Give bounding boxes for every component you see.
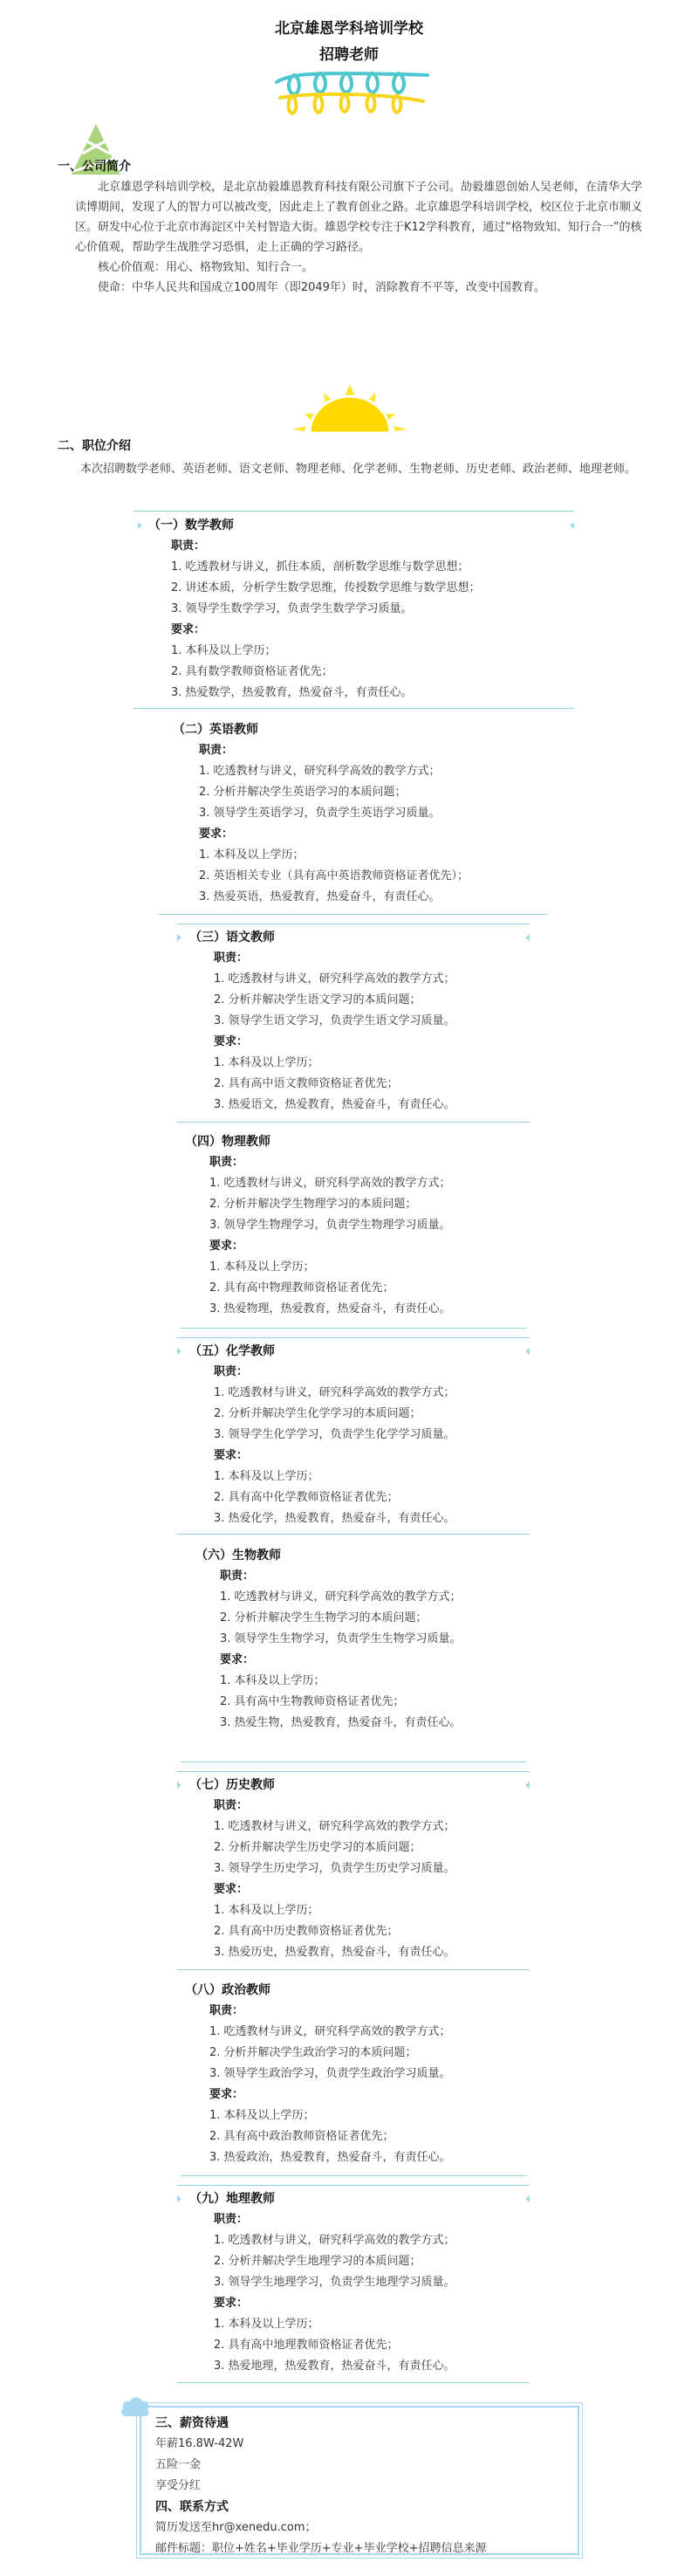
company-intro-paragraph: 北京雄恩学科培训学校，是北京劼毅雄恩教育科技有限公司旗下子公司。劼毅雄恩创始人吴… (75, 177, 649, 258)
duty-item: 2. 讲述本质，分析学生数学思维，传授数学思维与数学思想； (171, 578, 574, 599)
duty-item: 2. 分析并解决学生语文学习的本质问题； (214, 990, 530, 1011)
position-title: （一）数学教师 (138, 519, 234, 532)
position-title: （九）地理教师 (177, 2192, 275, 2206)
duties-label: 职责： (220, 1566, 536, 1587)
requirement-item: 3. 热爱政治，热爱教育，热爱奋斗，有责任心。 (209, 2147, 534, 2168)
positions-heading: 二、职位介绍 (58, 436, 131, 454)
right-marker-icon (525, 934, 530, 941)
position-title-row: （三）语文教师 (177, 927, 530, 948)
position-title: （六）生物教师 (195, 1545, 536, 1566)
position-title: （七）历史教师 (177, 1778, 275, 1792)
requirement-item: 3. 热爱生物，热爱教育，热爱奋斗，有责任心。 (220, 1713, 536, 1734)
section-divider (159, 914, 548, 915)
duties-label: 职责： (171, 536, 574, 557)
requirement-item: 1. 本科及以上学历； (214, 1467, 530, 1487)
duty-item: 1. 吃透教材与讲义，研究科学高效的教学方式； (214, 1817, 530, 1838)
duties-label: 职责： (199, 740, 557, 761)
section-divider (133, 511, 574, 512)
position-title: （八）政治教师 (185, 1980, 534, 2001)
requirement-item: 3. 热爱英语，热爱教育，热爱奋斗，有责任心。 (199, 887, 557, 908)
requirement-item: 3. 热爱历史，热爱教育，热爱奋斗，有责任心。 (214, 1942, 530, 1963)
left-marker-icon (177, 934, 181, 941)
requirement-item: 1. 本科及以上学历； (220, 1671, 536, 1692)
position-title: （二）英语教师 (173, 719, 557, 740)
contact-email-line[interactable]: 简历发送至hr@xenedu.com； (155, 2518, 578, 2538)
school-name-title: 北京雄恩学科培训学校 (0, 16, 698, 38)
section-divider (133, 708, 574, 709)
section-divider (177, 1122, 530, 1123)
position-title-row: （五）化学教师 (177, 1341, 530, 1362)
right-marker-icon (570, 522, 574, 529)
requirement-item: 2. 具有高中生物教师资格证者优先； (220, 1692, 536, 1713)
salary-item: 年薪16.8W-42W (155, 2434, 578, 2455)
positions-intro-text: 本次招聘数学老师、英语老师、语文老师、物理老师、化学老师、生物老师、历史老师、政… (58, 459, 651, 479)
requirements-label: 要求： (214, 1032, 530, 1053)
salary-contact-box: 三、薪资待遇 年薪16.8W-42W 五险一金 享受分红 四、联系方式 简历发送… (140, 2406, 579, 2555)
duty-item: 3. 领导学生化学学习，负责学生化学学习质量。 (214, 1425, 530, 1446)
duty-item: 1. 吃透教材与讲义，研究科学高效的教学方式； (209, 2022, 534, 2043)
requirements-label: 要求： (209, 2085, 534, 2105)
left-marker-icon (177, 1348, 181, 1355)
duty-item: 1. 吃透教材与讲义，研究科学高效的教学方式； (220, 1587, 536, 1608)
position-english: （二）英语教师 职责： 1. 吃透教材与讲义，研究科学高效的教学方式； 2. 分… (173, 719, 557, 908)
duty-item: 1. 吃透教材与讲义，研究科学高效的教学方式； (209, 1173, 534, 1194)
requirement-item: 1. 本科及以上学历； (209, 1257, 534, 1278)
duties-label: 职责： (214, 2209, 530, 2230)
section-divider (177, 924, 530, 924)
position-physics: （四）物理教师 职责： 1. 吃透教材与讲义，研究科学高效的教学方式； 2. 分… (185, 1131, 534, 1320)
requirement-item: 2. 具有高中物理教师资格证者优先； (209, 1278, 534, 1299)
requirement-item: 2. 具有高中政治教师资格证者优先； (209, 2126, 534, 2147)
duty-item: 2. 分析并解决学生政治学习的本质问题； (209, 2043, 534, 2064)
positions-intro: 本次招聘数学老师、英语老师、语文老师、物理老师、化学老师、生物老师、历史老师、政… (58, 459, 651, 479)
section-divider (181, 2175, 526, 2176)
requirement-item: 3. 热爱数学，热爱教育，热爱奋斗，有责任心。 (171, 683, 574, 704)
requirement-item: 1. 本科及以上学历； (214, 1900, 530, 1921)
core-values-paragraph: 核心价值观：用心、格物致知、知行合一。 (75, 258, 649, 278)
requirements-label: 要求： (214, 2293, 530, 2314)
company-intro-body: 北京雄恩学科培训学校，是北京劼毅雄恩教育科技有限公司旗下子公司。劼毅雄恩创始人吴… (75, 177, 649, 298)
contact-heading: 四、联系方式 (155, 2497, 578, 2518)
duty-item: 3. 领导学生生物学习，负责学生生物学习质量。 (220, 1629, 536, 1650)
requirement-item: 3. 热爱语文，热爱教育，热爱奋斗，有责任心。 (214, 1095, 530, 1116)
duty-item: 2. 分析并解决学生地理学习的本质问题； (214, 2251, 530, 2272)
duties-label: 职责： (214, 1796, 530, 1817)
duty-item: 1. 吃透教材与讲义，研究科学高效的教学方式； (214, 1383, 530, 1404)
page-subtitle: 招聘老师 (0, 42, 698, 64)
salary-heading: 三、薪资待遇 (155, 2413, 578, 2434)
salary-item: 享受分红 (155, 2476, 578, 2497)
right-marker-icon (525, 1348, 530, 1355)
duty-item: 3. 领导学生地理学习，负责学生地理学习质量。 (214, 2272, 530, 2293)
position-title: （五）化学教师 (177, 1344, 275, 1358)
company-intro-heading: 一、公司简介 (58, 157, 131, 175)
requirements-label: 要求： (220, 1650, 536, 1671)
requirement-item: 1. 本科及以上学历； (199, 845, 557, 866)
position-chemistry: （五）化学教师 职责： 1. 吃透教材与讲义，研究科学高效的教学方式； 2. 分… (177, 1341, 530, 1529)
requirement-item: 1. 本科及以上学历； (214, 2314, 530, 2335)
section-divider (177, 2185, 530, 2186)
requirements-label: 要求： (214, 1446, 530, 1467)
requirements-label: 要求： (214, 1879, 530, 1900)
duty-item: 2. 分析并解决学生物理学习的本质问题； (209, 1194, 534, 1215)
position-title-row: （七）历史教师 (177, 1775, 530, 1796)
duties-label: 职责： (214, 948, 530, 969)
duty-item: 2. 分析并解决学生英语学习的本质问题； (199, 782, 557, 803)
duty-item: 2. 分析并解决学生化学学习的本质问题； (214, 1404, 530, 1425)
duties-label: 职责： (209, 1152, 534, 1173)
position-math: （一）数学教师 职责： 1. 吃透教材与讲义，抓住本质，剖析数学思维与数学思想；… (138, 515, 574, 704)
section-divider (177, 2382, 530, 2383)
requirement-item: 3. 热爱地理，热爱教育，热爱奋斗，有责任心。 (214, 2356, 530, 2377)
position-title: （三）语文教师 (177, 931, 275, 945)
duty-item: 1. 吃透教材与讲义，研究科学高效的教学方式； (214, 969, 530, 990)
section-divider (177, 1771, 530, 1772)
requirement-item: 3. 热爱物理，热爱教育，热爱奋斗，有责任心。 (209, 1299, 534, 1320)
duty-item: 3. 领导学生数学学习，负责学生数学学习质量。 (171, 599, 574, 620)
left-marker-icon (138, 522, 142, 529)
duty-item: 3. 领导学生政治学习，负责学生政治学习质量。 (209, 2064, 534, 2085)
section-divider (177, 1534, 530, 1535)
duty-item: 2. 分析并解决学生历史学习的本质问题； (214, 1838, 530, 1858)
requirement-item: 2. 具有高中化学教师资格证者优先； (214, 1487, 530, 1508)
position-history: （七）历史教师 职责： 1. 吃透教材与讲义，研究科学高效的教学方式； 2. 分… (177, 1775, 530, 1963)
position-politics: （八）政治教师 职责： 1. 吃透教材与讲义，研究科学高效的教学方式； 2. 分… (185, 1980, 534, 2168)
duty-item: 3. 领导学生物理学习，负责学生物理学习质量。 (209, 1215, 534, 1236)
requirement-item: 2. 具有高中地理教师资格证者优先； (214, 2335, 530, 2356)
right-marker-icon (525, 2195, 530, 2202)
left-marker-icon (177, 2195, 181, 2202)
section-divider (177, 1969, 530, 1970)
position-title: （四）物理教师 (185, 1131, 534, 1152)
duty-item: 3. 领导学生语文学习，负责学生语文学习质量。 (214, 1011, 530, 1032)
duty-item: 3. 领导学生历史学习，负责学生历史学习质量。 (214, 1858, 530, 1879)
section-divider (181, 1328, 526, 1329)
section-divider (177, 1337, 530, 1338)
mission-paragraph: 使命：中华人民共和国成立100周年（即2049年）时，消除教育不平等，改变中国教… (75, 278, 649, 298)
left-marker-icon (177, 1782, 181, 1789)
requirements-label: 要求： (199, 824, 557, 845)
requirement-item: 1. 本科及以上学历； (214, 1053, 530, 1074)
requirements-label: 要求： (171, 620, 574, 641)
duties-label: 职责： (209, 2001, 534, 2022)
duty-item: 3. 领导学生英语学习，负责学生英语学习质量。 (199, 803, 557, 824)
duty-item: 1. 吃透教材与讲义，研究科学高效的教学方式； (214, 2230, 530, 2251)
duty-item: 2. 分析并解决学生生物学习的本质问题； (220, 1608, 536, 1629)
duty-item: 1. 吃透教材与讲义，研究科学高效的教学方式； (199, 761, 557, 782)
salary-item: 五险一金 (155, 2455, 578, 2476)
right-marker-icon (525, 1782, 530, 1789)
position-geography: （九）地理教师 职责： 1. 吃透教材与讲义，研究科学高效的教学方式； 2. 分… (177, 2188, 530, 2377)
contact-subject-format: 邮件标题：职位+姓名+毕业学历+专业+毕业学校+招聘信息来源 (155, 2538, 578, 2559)
position-title-row: （九）地理教师 (177, 2188, 530, 2209)
requirement-item: 3. 热爱化学，热爱教育，热爱奋斗，有责任心。 (214, 1508, 530, 1529)
requirement-item: 1. 本科及以上学历； (209, 2105, 534, 2126)
decorative-curls-icon (275, 66, 432, 115)
requirement-item: 2. 具有高中语文教师资格证者优先； (214, 1074, 530, 1095)
duties-label: 职责： (214, 1362, 530, 1383)
requirement-item: 2. 具有数学教师资格证者优先； (171, 662, 574, 683)
requirement-item: 2. 具有高中历史教师资格证者优先； (214, 1921, 530, 1942)
requirement-item: 2. 英语相关专业（具有高中英语教师资格证者优先）； (199, 866, 557, 887)
section-divider (181, 1762, 526, 1762)
duty-item: 1. 吃透教材与讲义，抓住本质，剖析数学思维与数学思想； (171, 557, 574, 578)
position-title-row: （一）数学教师 (138, 515, 574, 536)
requirements-label: 要求： (209, 1236, 534, 1257)
requirement-item: 1. 本科及以上学历； (171, 641, 574, 662)
position-biology: （六）生物教师 职责： 1. 吃透教材与讲义，研究科学高效的教学方式； 2. 分… (195, 1545, 536, 1734)
sun-decoration-icon (292, 384, 407, 433)
position-chinese: （三）语文教师 职责： 1. 吃透教材与讲义，研究科学高效的教学方式； 2. 分… (177, 927, 530, 1116)
